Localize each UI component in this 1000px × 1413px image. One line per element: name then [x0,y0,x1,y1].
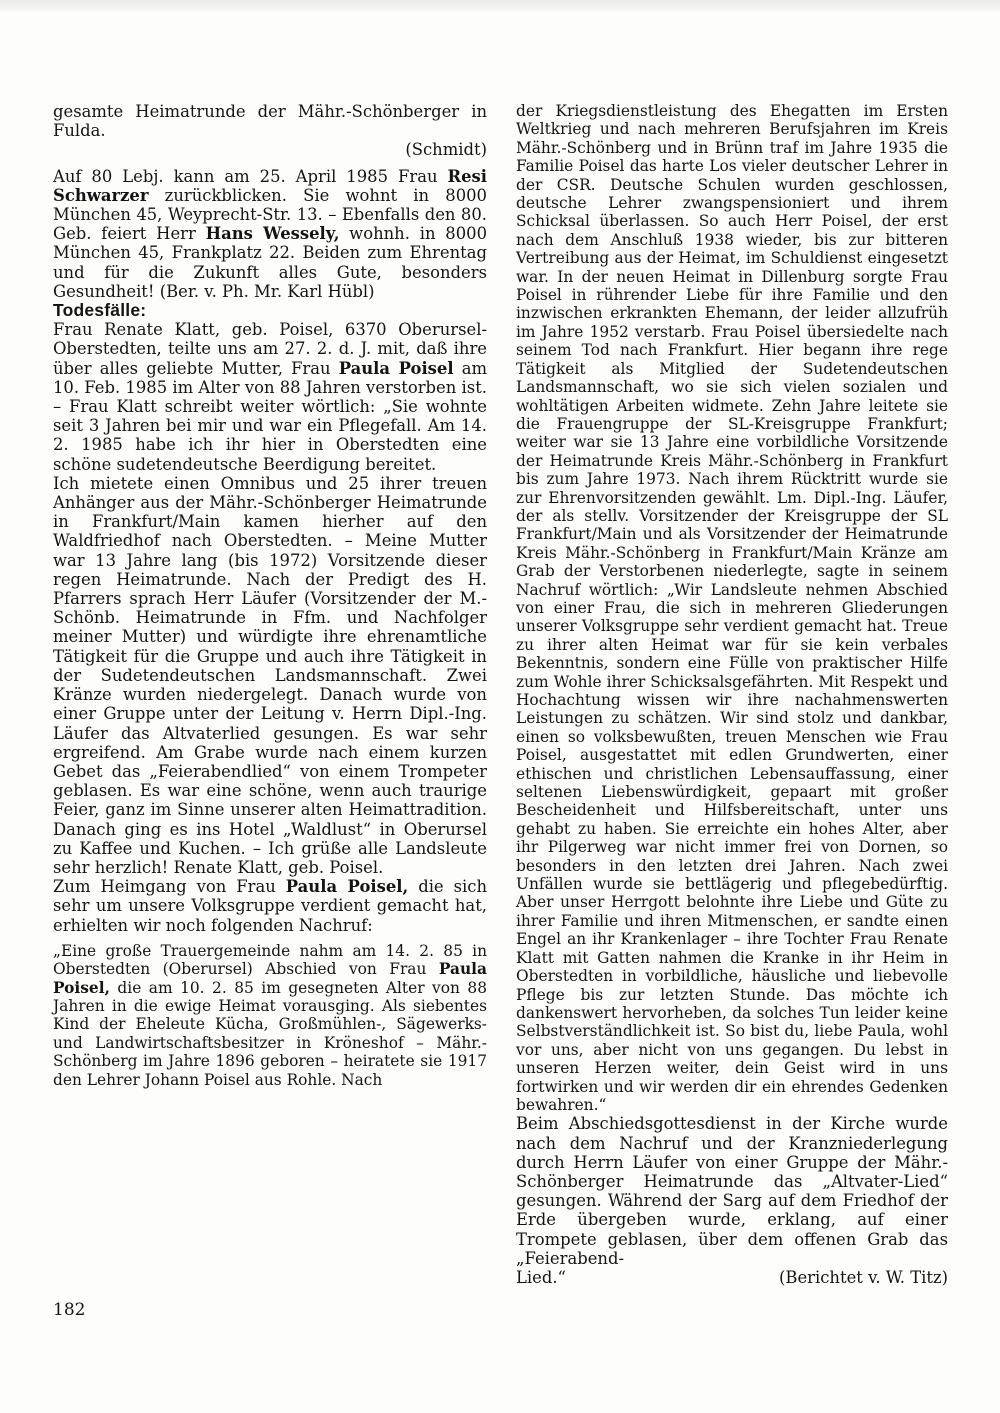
funeral-account-paragraph: Ich mietete einen Omnibus und 25 ihrer t… [53,474,487,877]
birthday-name-2: Hans Wessely, [206,224,340,243]
obituary-start-paragraph: „Eine große Trauergemeinde nahm am 14. 2… [53,942,487,1089]
obituary-intro-name: Paula Poisel, [286,877,408,896]
deaths-heading: Todesfälle: [53,301,487,320]
page-number: 182 [53,1300,85,1320]
service-last-line: Lied.“ [516,1268,566,1287]
scan-edge [0,0,1000,14]
death-notice-paragraph: Frau Renate Klatt, geb. Poisel, 6370 Obe… [53,320,487,474]
intro-signoff: (Schmidt) [53,140,487,159]
obituary-intro-paragraph: Zum Heimgang von Frau Paula Poisel, die … [53,877,487,935]
left-column: gesamte Heimatrunde der Mähr.-Schönberge… [53,102,487,1089]
birthday-paragraph: Auf 80 Lebj. kann am 25. April 1985 Frau… [53,167,487,301]
service-credit: (Berichtet v. W. Titz) [779,1268,948,1287]
obituary-start-text-2: die am 10. 2. 85 im gesegneten Alter von… [53,979,487,1089]
intro-paragraph: gesamte Heimatrunde der Mähr.-Schönberge… [53,102,487,160]
obituary-start-text-1: „Eine große Trauergemeinde nahm am 14. 2… [53,942,487,978]
obituary-intro-text-1: Zum Heimgang von Frau [53,877,286,896]
service-paragraph: Beim Abschiedsgottesdienst in der Kirche… [516,1114,948,1287]
service-signoff: Lied.“ (Berichtet v. W. Titz) [516,1268,948,1287]
birthday-text-1: Auf 80 Lebj. kann am 25. April 1985 Frau [53,167,447,186]
right-column: der Kriegsdienstleistung des Ehegatten i… [516,102,948,1287]
deceased-name: Paula Poisel [339,359,454,378]
service-text: Beim Abschiedsgottesdienst in der Kirche… [516,1114,948,1267]
intro-credit: (Schmidt) [405,140,487,159]
intro-text: gesamte Heimatrunde der Mähr.-Schönberge… [53,102,487,140]
obituary-continued-paragraph: der Kriegsdienstleistung des Ehegatten i… [516,102,948,1114]
